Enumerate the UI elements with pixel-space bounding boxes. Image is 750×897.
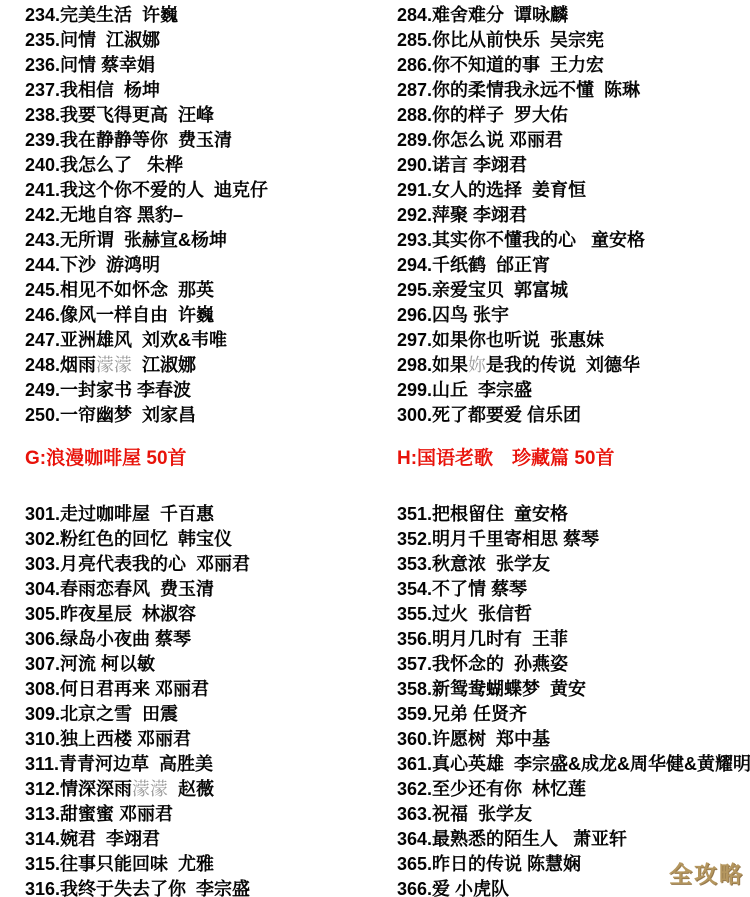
song-entry: 316.我终于失去了你 李宗盛 bbox=[25, 877, 397, 897]
song-entry: 248.烟雨濛濛 江淑娜 bbox=[25, 353, 397, 378]
substituted-glyph: 妳 bbox=[468, 355, 486, 375]
song-entry: 302.粉红色的回忆 韩宝仪 bbox=[25, 527, 397, 552]
song-entry: 353.秋意浓 张学友 bbox=[397, 552, 750, 577]
song-entry: 240.我怎么了 朱桦 bbox=[25, 153, 397, 178]
song-entry: 239.我在静静等你 费玉清 bbox=[25, 128, 397, 153]
song-entry: 242.无地自容 黑豹– bbox=[25, 203, 397, 228]
watermark: 全攻略 bbox=[669, 856, 744, 889]
song-entry: 315.往事只能回味 尤雅 bbox=[25, 852, 397, 877]
song-entry: 362.至少还有你 林忆莲 bbox=[397, 777, 750, 802]
song-entry: 307.河流 柯以敏 bbox=[25, 652, 397, 677]
song-entry: 285.你比从前快乐 吴宗宪 bbox=[397, 28, 750, 53]
song-entry: 249.一封家书 李春波 bbox=[25, 378, 397, 403]
song-entry: 364.最熟悉的陌生人 萧亚轩 bbox=[397, 827, 750, 852]
section-header: G:浪漫咖啡屋 50首 bbox=[25, 446, 397, 471]
song-entry: 352.明月千里寄相思 蔡琴 bbox=[397, 527, 750, 552]
song-entry: 247.亚洲雄风 刘欢&韦唯 bbox=[25, 328, 397, 353]
song-entry: 313.甜蜜蜜 邓丽君 bbox=[25, 802, 397, 827]
song-entry: 294.千纸鹤 邰正宵 bbox=[397, 253, 750, 278]
song-entry: 360.许愿树 郑中基 bbox=[397, 727, 750, 752]
song-entry: 355.过火 张信哲 bbox=[397, 602, 750, 627]
song-entry: 234.完美生活 许巍 bbox=[25, 3, 397, 28]
song-entry: 245.相见不如怀念 那英 bbox=[25, 278, 397, 303]
song-entry: 356.明月几时有 王菲 bbox=[397, 627, 750, 652]
song-entry: 244.下沙 游鸿明 bbox=[25, 253, 397, 278]
song-entry: 304.春雨恋春风 费玉清 bbox=[25, 577, 397, 602]
song-entry: 237.我相信 杨坤 bbox=[25, 78, 397, 103]
song-entry: 284.难舍难分 谭咏麟 bbox=[397, 3, 750, 28]
song-entry: 363.祝福 张学友 bbox=[397, 802, 750, 827]
song-entry: 311.青青河边草 高胜美 bbox=[25, 752, 397, 777]
song-entry: 291.女人的选择 姜育恒 bbox=[397, 178, 750, 203]
substituted-glyph: 濛濛 bbox=[132, 779, 168, 799]
song-entry: 290.诺言 李翊君 bbox=[397, 153, 750, 178]
song-entry: 361.真心英雄 李宗盛&成龙&周华健&黄耀明 bbox=[397, 752, 750, 777]
song-entry: 299.山丘 李宗盛 bbox=[397, 378, 750, 403]
song-entry: 289.你怎么说 邓丽君 bbox=[397, 128, 750, 153]
song-entry: 246.像风一样自由 许巍 bbox=[25, 303, 397, 328]
song-entry: 293.其实你不懂我的心 童安格 bbox=[397, 228, 750, 253]
song-entry: 351.把根留住 童安格 bbox=[397, 502, 750, 527]
song-entry: 354.不了情 蔡琴 bbox=[397, 577, 750, 602]
song-entry: 243.无所谓 张赫宣&杨坤 bbox=[25, 228, 397, 253]
song-entry: 250.一帘幽梦 刘家昌 bbox=[25, 403, 397, 428]
song-entry: 306.绿岛小夜曲 蔡琴 bbox=[25, 627, 397, 652]
song-list-block1: 234.完美生活 许巍235.问情 江淑娜236.问情 蔡幸娟237.我相信 杨… bbox=[25, 3, 397, 428]
song-entry: 301.走过咖啡屋 千百惠 bbox=[25, 502, 397, 527]
song-entry: 241.我这个你不爱的人 迪克仔 bbox=[25, 178, 397, 203]
song-entry: 287.你的柔情我永远不懂 陈琳 bbox=[397, 78, 750, 103]
song-entry: 314.婉君 李翊君 bbox=[25, 827, 397, 852]
song-entry: 296.囚鸟 张宇 bbox=[397, 303, 750, 328]
song-list-block2: 301.走过咖啡屋 千百惠302.粉红色的回忆 韩宝仪303.月亮代表我的心 邓… bbox=[25, 502, 397, 897]
song-entry: 359.兄弟 任贤齐 bbox=[397, 702, 750, 727]
song-entry: 297.如果你也听说 张惠妹 bbox=[397, 328, 750, 353]
song-list-block2: 351.把根留住 童安格352.明月千里寄相思 蔡琴353.秋意浓 张学友354… bbox=[397, 502, 750, 897]
song-entry: 286.你不知道的事 王力宏 bbox=[397, 53, 750, 78]
song-entry: 298.如果妳是我的传说 刘德华 bbox=[397, 353, 750, 378]
song-entry: 357.我怀念的 孙燕姿 bbox=[397, 652, 750, 677]
song-entry: 305.昨夜星辰 林淑容 bbox=[25, 602, 397, 627]
substituted-glyph: 濛濛 bbox=[96, 355, 132, 375]
song-entry: 288.你的样子 罗大佑 bbox=[397, 103, 750, 128]
song-entry: 295.亲爱宝贝 郭富城 bbox=[397, 278, 750, 303]
song-entry: 300.死了都要爱 信乐团 bbox=[397, 403, 750, 428]
song-entry: 238.我要飞得更高 汪峰 bbox=[25, 103, 397, 128]
song-entry: 236.问情 蔡幸娟 bbox=[25, 53, 397, 78]
song-column-left: 234.完美生活 许巍235.问情 江淑娜236.问情 蔡幸娟237.我相信 杨… bbox=[25, 0, 397, 897]
song-entry: 292.萍聚 李翊君 bbox=[397, 203, 750, 228]
song-entry: 308.何日君再来 邓丽君 bbox=[25, 677, 397, 702]
section-header: H:国语老歌 珍藏篇 50首 bbox=[397, 446, 750, 471]
song-entry: 312.情深深雨濛濛 赵薇 bbox=[25, 777, 397, 802]
song-list-block1: 284.难舍难分 谭咏麟285.你比从前快乐 吴宗宪286.你不知道的事 王力宏… bbox=[397, 3, 750, 428]
song-entry: 358.新鸳鸯蝴蝶梦 黄安 bbox=[397, 677, 750, 702]
song-column-right: 284.难舍难分 谭咏麟285.你比从前快乐 吴宗宪286.你不知道的事 王力宏… bbox=[397, 0, 750, 897]
song-entry: 309.北京之雪 田震 bbox=[25, 702, 397, 727]
song-entry: 235.问情 江淑娜 bbox=[25, 28, 397, 53]
song-entry: 310.独上西楼 邓丽君 bbox=[25, 727, 397, 752]
song-entry: 303.月亮代表我的心 邓丽君 bbox=[25, 552, 397, 577]
